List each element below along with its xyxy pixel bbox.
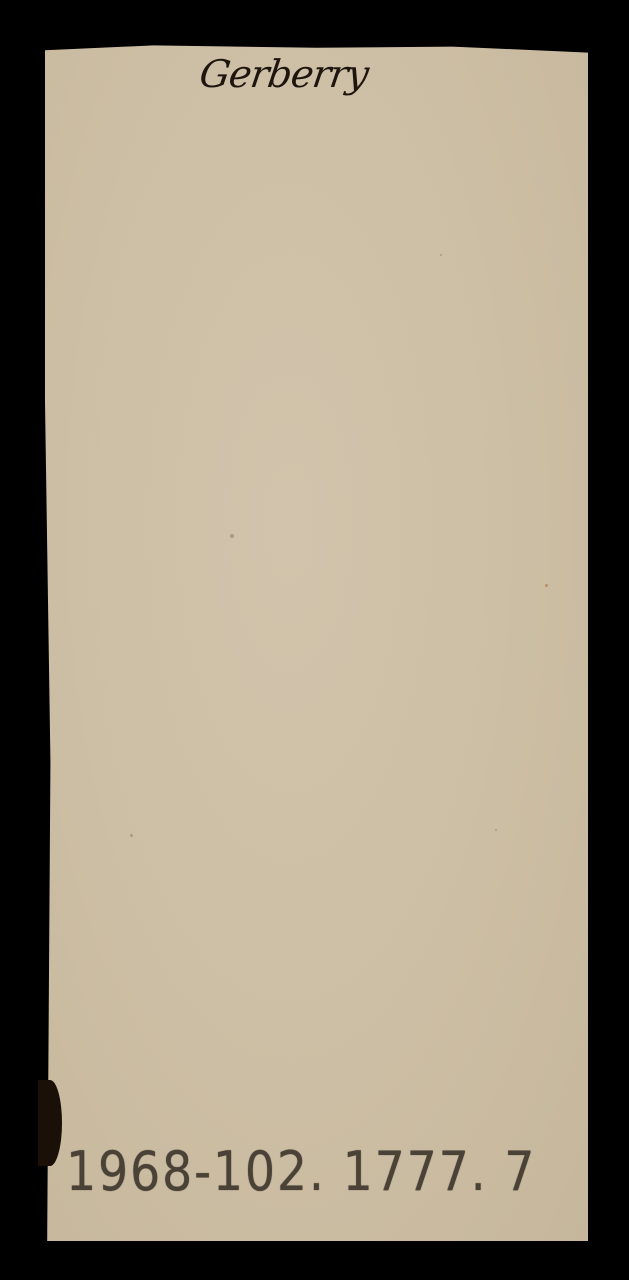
- mounting-mark: [38, 1080, 62, 1166]
- accession-number: 1968-102. 1777. 7: [66, 1140, 536, 1203]
- paper-speck: [230, 534, 234, 538]
- paper-speck: [440, 254, 442, 256]
- paper-speck: [495, 829, 497, 831]
- handwritten-inscription: Gerberry: [197, 52, 363, 96]
- paper-speck: [545, 584, 548, 587]
- paper-speck: [130, 834, 133, 837]
- paper-sheet: [45, 43, 588, 1241]
